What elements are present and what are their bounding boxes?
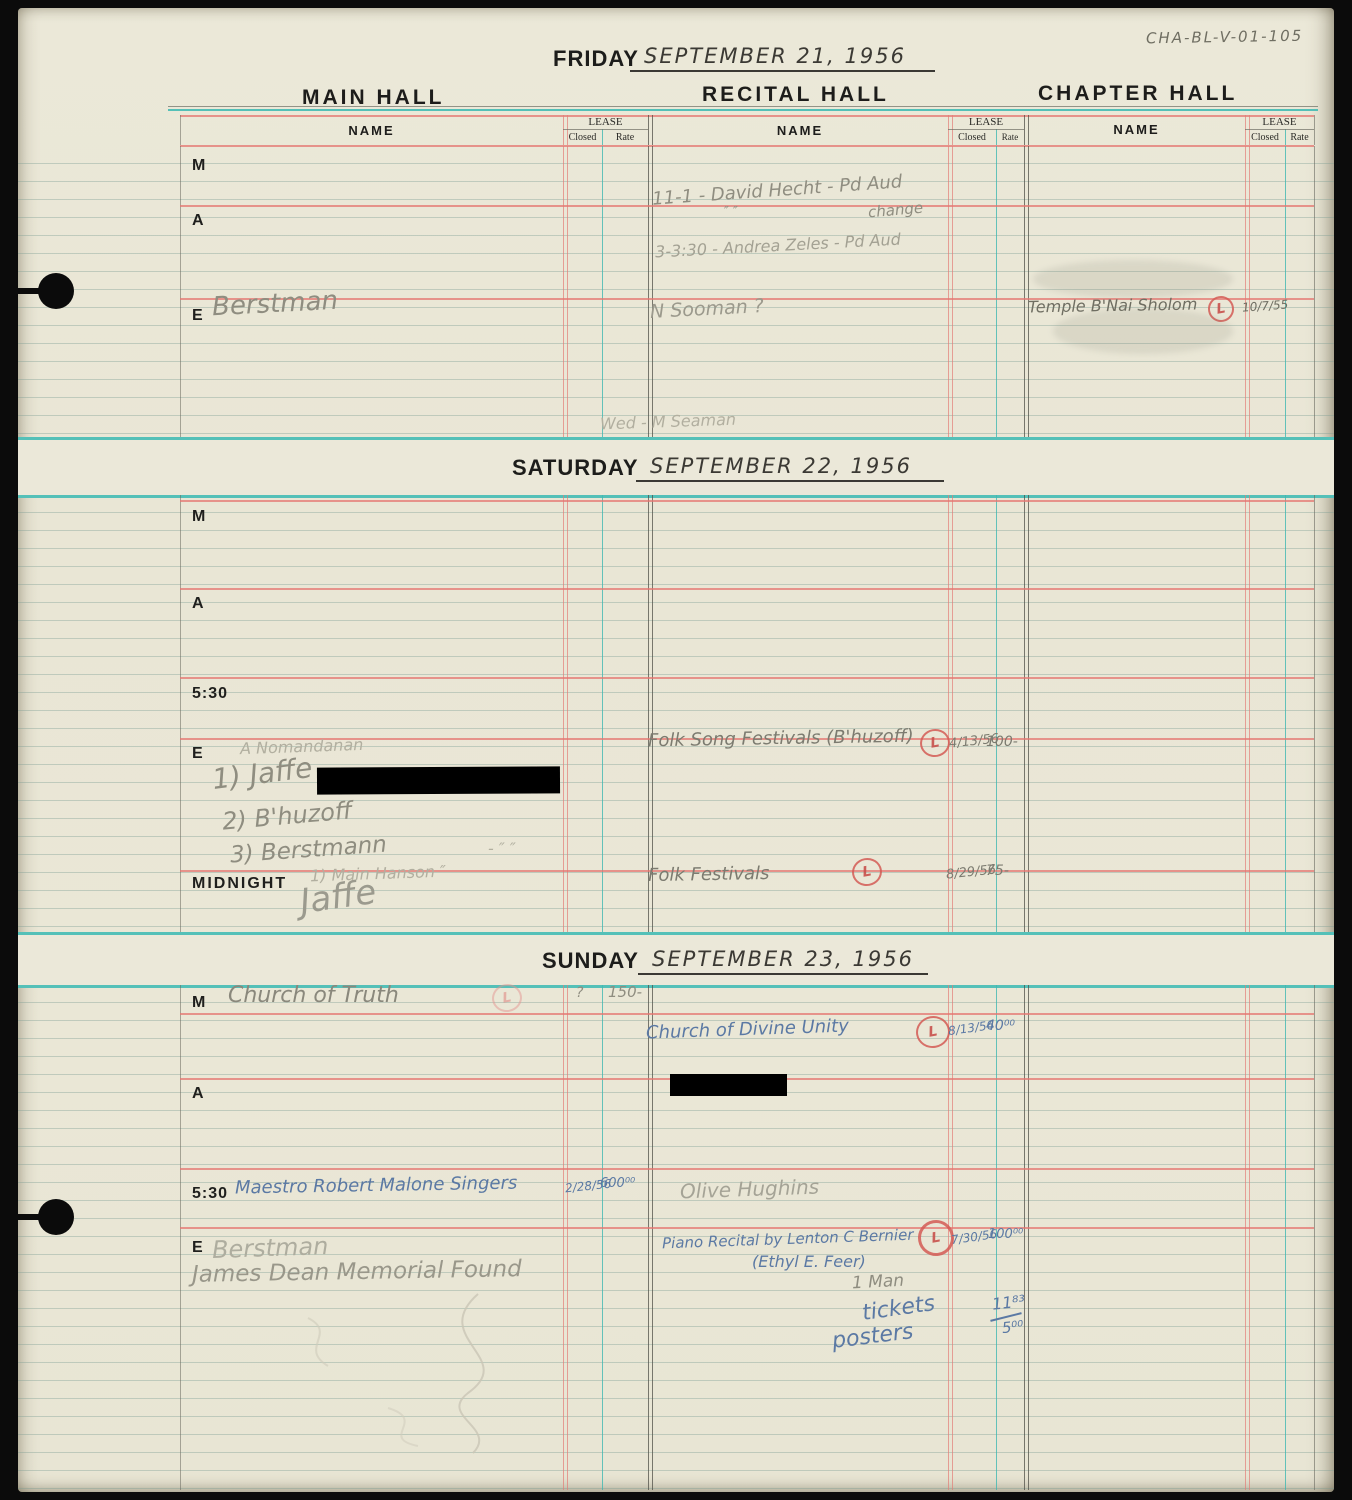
closed-date: 10/7/55 xyxy=(1242,298,1289,313)
ledger-page: CHA-BL-V-01-105 FRIDAY SEPTEMBER 21, 195… xyxy=(18,8,1334,1492)
day-date-underline: SEPTEMBER 23, 1956 xyxy=(638,941,928,975)
row-line-pink xyxy=(180,677,1314,679)
handwritten-entry: Church of Truth xyxy=(228,985,399,1007)
day-date-sunday: SEPTEMBER 23, 1956 xyxy=(652,949,914,970)
column-line xyxy=(180,146,181,437)
rate-amount: 100⁰⁰ xyxy=(988,1228,1023,1241)
day-date-friday: SEPTEMBER 21, 1956 xyxy=(644,46,906,67)
handwritten-entry: Olive Hughins xyxy=(680,1177,820,1202)
column-line xyxy=(1245,985,1250,1490)
column-header-rate-recital: Rate xyxy=(996,132,1024,142)
row-line-pink xyxy=(180,588,1314,590)
column-line xyxy=(180,985,181,1490)
column-header-lease-chapter: LEASE xyxy=(1245,116,1314,128)
hole-punch xyxy=(38,1199,74,1235)
row-label-a: A xyxy=(192,595,205,613)
row-label-midnight: MIDNIGHT xyxy=(192,875,287,893)
column-line xyxy=(602,985,603,1490)
handwritten-entry: Berstman xyxy=(211,288,338,321)
header-row: NAME NAME NAME LEASE Closed Rate LEASE C… xyxy=(18,115,1334,145)
column-line xyxy=(1285,985,1286,1490)
lease-divider xyxy=(948,129,1024,130)
column-line xyxy=(180,495,181,932)
column-line xyxy=(602,146,603,437)
row-label-e: E xyxy=(192,1239,204,1257)
rate-amount: 40⁰⁰ xyxy=(986,1019,1015,1033)
row-label-m: M xyxy=(192,508,206,526)
column-header-name-recital: NAME xyxy=(652,123,948,138)
column-header-rate-main: Rate xyxy=(602,132,648,143)
lease-divider xyxy=(1245,129,1314,130)
column-header-closed-main: Closed xyxy=(563,132,602,143)
handwritten-entry: 1 Man xyxy=(852,1273,905,1293)
redaction-box xyxy=(670,1074,787,1096)
column-line xyxy=(948,146,953,437)
handwritten-ditto: ″ ″ xyxy=(724,206,738,219)
day-title-sunday: SUNDAY xyxy=(542,948,639,974)
column-line xyxy=(1285,495,1286,932)
row-line-pink xyxy=(180,1013,1314,1015)
column-line xyxy=(1314,146,1315,437)
amount: 11⁸³ xyxy=(991,1293,1026,1312)
column-line xyxy=(602,495,603,932)
saturday-band: SATURDAY SEPTEMBER 22, 1956 xyxy=(18,437,1334,498)
column-line xyxy=(1024,495,1029,932)
amount: 5⁰⁰ xyxy=(1001,1319,1024,1336)
row-line-pink xyxy=(180,1168,1314,1170)
row-label-e: E xyxy=(192,307,204,325)
column-header-lease-main: LEASE xyxy=(563,116,648,128)
rate-amount: 100- xyxy=(986,735,1018,749)
column-line xyxy=(1024,985,1029,1490)
row-line-pink xyxy=(180,205,1314,207)
column-header-closed-recital: Closed xyxy=(948,132,996,143)
column-header-rate-chapter: Rate xyxy=(1285,132,1314,143)
row-label-a: A xyxy=(192,212,205,230)
catalog-number: CHA-BL-V-01-105 xyxy=(1146,29,1303,47)
column-line xyxy=(996,146,997,437)
column-header-lease-recital: LEASE xyxy=(948,116,1024,128)
column-line xyxy=(1245,146,1250,437)
sunday-band: SUNDAY SEPTEMBER 23, 1956 xyxy=(18,932,1334,988)
hole-punch xyxy=(38,273,74,309)
rate-amount: 75- xyxy=(986,864,1009,878)
row-label-a: A xyxy=(192,1085,205,1103)
column-line xyxy=(648,985,653,1490)
column-line xyxy=(1314,115,1315,145)
column-line xyxy=(1024,146,1029,437)
day-date-saturday: SEPTEMBER 22, 1956 xyxy=(650,456,912,477)
handwritten-entry: Maestro Robert Malone Singers xyxy=(235,1175,518,1198)
column-line xyxy=(563,495,568,932)
column-header-closed-chapter: Closed xyxy=(1245,132,1285,143)
handwritten-entry: Folk Festivals xyxy=(648,865,770,885)
header-line xyxy=(168,106,1318,107)
handwritten-footnote: Wed - M Seaman xyxy=(600,412,736,433)
day-title-saturday: SATURDAY xyxy=(512,455,639,481)
hall-title-chapter: CHAPTER HALL xyxy=(1038,82,1237,106)
column-line xyxy=(1285,146,1286,437)
column-line xyxy=(563,146,568,437)
ledger-scan: CHA-BL-V-01-105 FRIDAY SEPTEMBER 21, 195… xyxy=(0,0,1352,1500)
row-line-pink xyxy=(180,1227,1314,1229)
row-label-530: 5:30 xyxy=(192,685,228,703)
pencil-squiggle xyxy=(268,1288,588,1458)
redaction-box xyxy=(317,766,560,794)
hall-title-recital: RECITAL HALL xyxy=(702,83,889,107)
ink-smudge xyxy=(1053,308,1233,354)
column-line xyxy=(1314,495,1315,932)
row-line-pink xyxy=(180,500,1314,502)
rate-amount: 150- xyxy=(608,985,642,1000)
rate-amount: 600⁰⁰ xyxy=(600,1177,635,1190)
day-date-underline: SEPTEMBER 22, 1956 xyxy=(636,448,944,482)
handwritten-entry: Folk Song Festivals (B'huzoff) xyxy=(648,728,914,751)
column-line xyxy=(1245,495,1250,932)
day-date-underline: SEPTEMBER 21, 1956 xyxy=(630,40,935,72)
ink-smudge xyxy=(1033,260,1233,298)
column-line xyxy=(1314,985,1315,1490)
header-line-teal xyxy=(168,109,1318,111)
row-label-530: 5:30 xyxy=(192,1185,228,1203)
row-label-e: E xyxy=(192,745,204,763)
row-label-m: M xyxy=(192,994,206,1012)
closed-date: ? xyxy=(576,986,583,1000)
handwritten-entry: James Dean Memorial Found xyxy=(192,1258,522,1287)
column-header-name-main: NAME xyxy=(180,123,563,138)
handwritten-entry: Berstman xyxy=(212,1234,329,1262)
handwritten-entry: (Ethyl E. Feer) xyxy=(752,1254,866,1270)
row-label-m: M xyxy=(192,157,206,175)
handwritten-entry: Jaffe xyxy=(298,875,378,919)
column-header-name-chapter: NAME xyxy=(1028,122,1245,137)
handwritten-ditto: - ″ ″ xyxy=(488,841,516,857)
lease-divider xyxy=(563,129,648,130)
day-title-friday: FRIDAY xyxy=(553,46,639,72)
